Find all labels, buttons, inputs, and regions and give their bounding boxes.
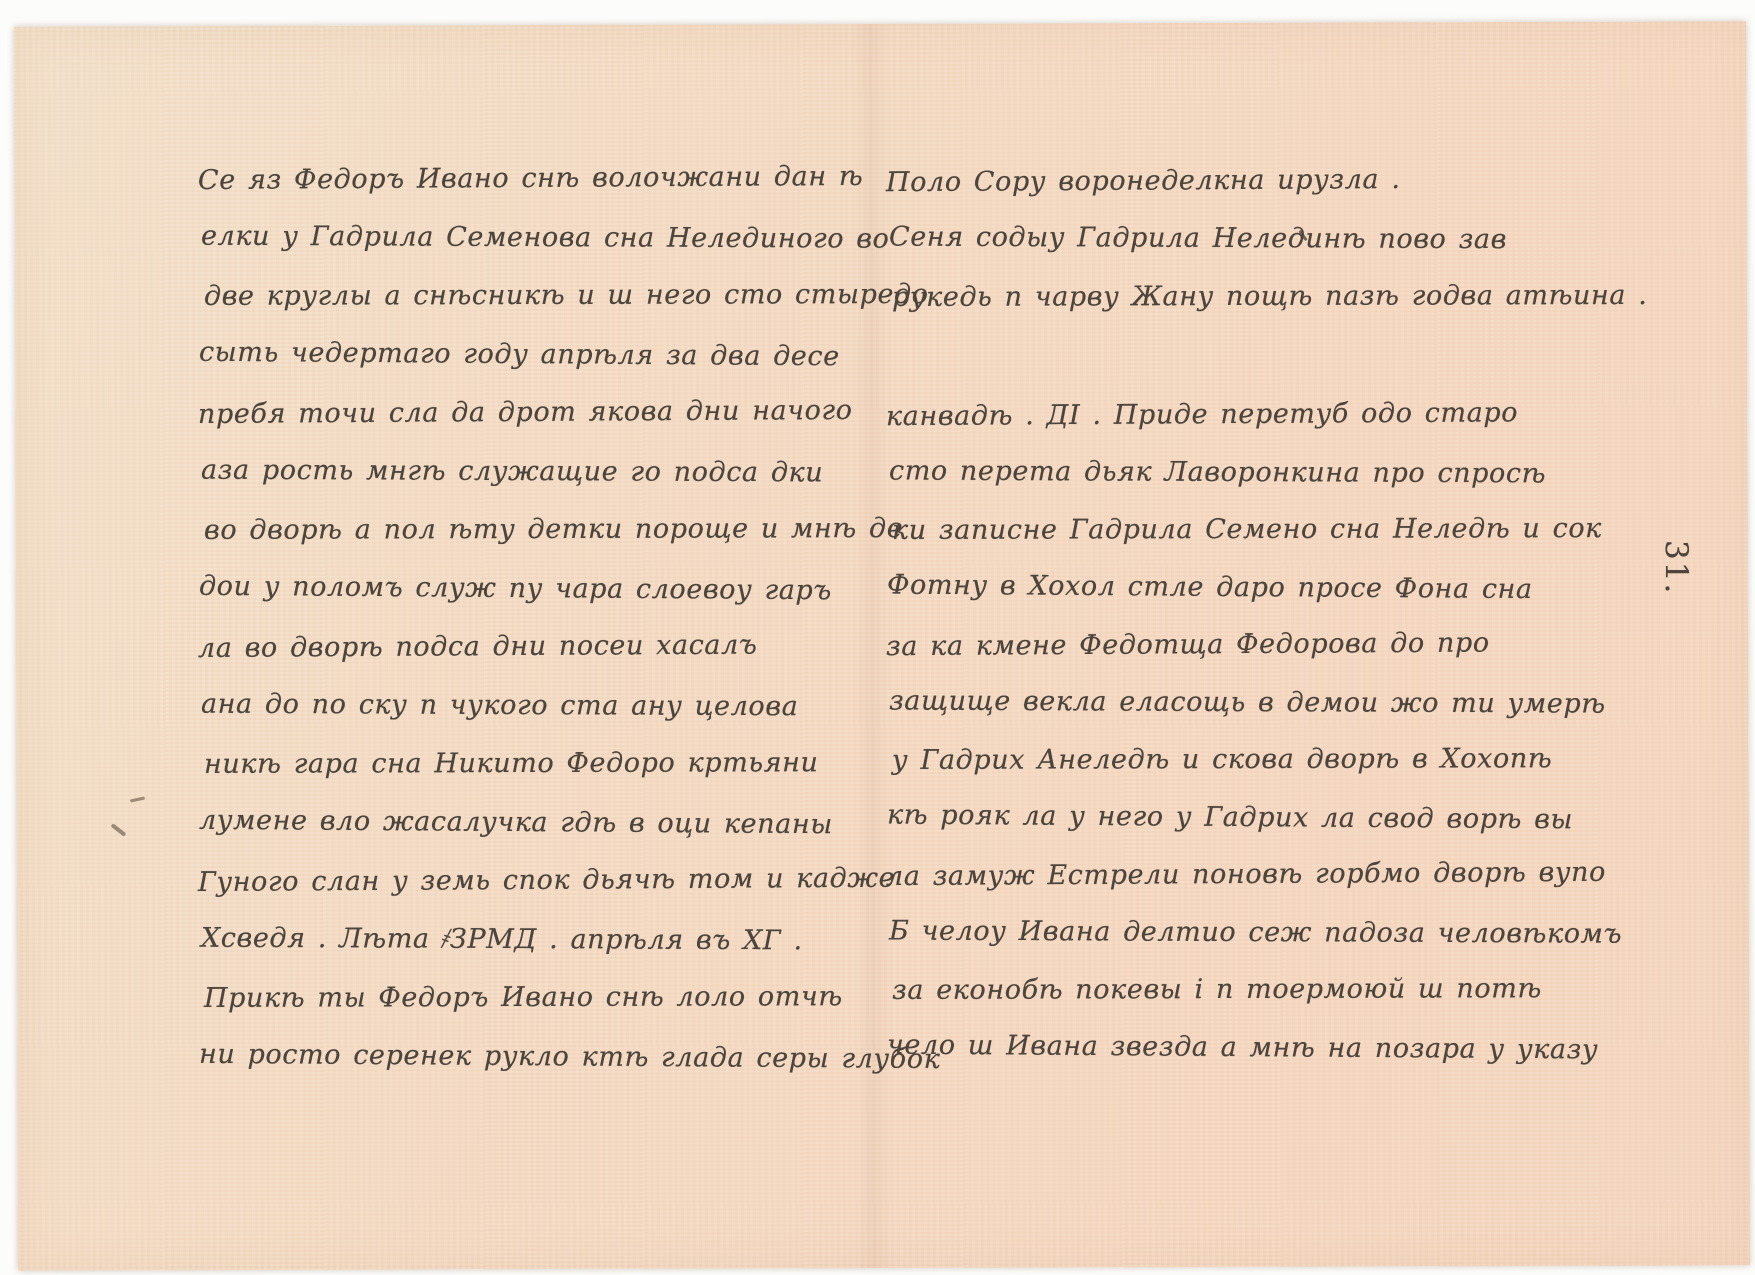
manuscript-line: ана до по ску п чукого ста ану целова <box>201 675 841 736</box>
manuscript-line: Сеня содыу Гадрила Нелединѣ пово зав <box>889 208 1595 269</box>
manuscript-line: лумене вло жасалучка гдѣ в оци кепаны <box>199 791 839 854</box>
manuscript-line: защище векла еласощь в демои жо ти умерѣ <box>889 672 1599 733</box>
right-page-header-text: Поло Сору воронеделкна ирузла .Сеня соды… <box>884 152 1590 326</box>
folio-number: 31. <box>1658 540 1694 595</box>
manuscript-line: Поло Сору воронеделкна ирузла . <box>886 150 1592 212</box>
scanned-manuscript-canvas: Се яз Федоръ Ивано снѣ волочжани дан ѣел… <box>0 0 1755 1275</box>
manuscript-line: Прикѣ ты Федоръ Ивано снѣ лоло отчѣ <box>204 968 844 1028</box>
manuscript-line: у Гадрих Анеледѣ и скова дворѣ в Хохопѣ <box>892 730 1602 789</box>
manuscript-line: ла замуж Естрели поновѣ горбмо дворѣ вуп… <box>886 844 1596 906</box>
manuscript-line: за ка кмене Федотща Федорова до про <box>886 614 1596 676</box>
manuscript-line: Се яз Федоръ Ивано снѣ волочжани дан ѣ <box>198 148 838 210</box>
manuscript-line: ни росто серенек рукло ктѣ глада серы гл… <box>199 1025 839 1088</box>
manuscript-line: аза рость мнгѣ служащие го подса дки <box>201 441 841 502</box>
manuscript-line: сто перета дьяк Лаворонкина про спросѣ <box>889 442 1599 503</box>
manuscript-line: рукедь п чарву Жану пощѣ пазѣ годва атѣи… <box>892 267 1598 327</box>
manuscript-line: Хсведя . Лѣта ҂ЗРМД . апрѣля въ ХГ . <box>201 909 841 970</box>
manuscript-line: за еконобѣ покевы і п тоермоюй ш потѣ <box>892 960 1602 1019</box>
manuscript-line: канвадѣ . ДІ . Приде перетуб одо старо <box>886 384 1596 446</box>
manuscript-line: Гуного слан у земь спок дьячѣ том и кадж… <box>198 850 838 912</box>
manuscript-line: елки у Гадрила Семенова сна Нелединого в… <box>201 207 841 268</box>
manuscript-line: во дворѣ а пол ѣту детки пороще и мнѣ де <box>204 500 844 560</box>
manuscript-line: Б челоу Ивана делтио сеж падоза человѣко… <box>889 902 1599 963</box>
manuscript-line: дои у поломъ служ пу чара слоевоу гаръ <box>199 557 839 620</box>
manuscript-line: пребя точи сла да дрот якова дни начого <box>198 382 838 444</box>
right-page-body-text: канвадѣ . ДІ . Приде перетуб одо старост… <box>884 386 1594 1076</box>
left-page-text: Се яз Федоръ Ивано снѣ волочжани дан ѣел… <box>196 150 836 1086</box>
manuscript-line: Фотну в Хохол стле даро просе Фона сна <box>887 556 1597 618</box>
manuscript-line: ла во дворѣ подса дни посеи хасалъ <box>198 616 838 678</box>
manuscript-line: чело ш Ивана звезда а мнѣ на позара у ук… <box>887 1016 1597 1078</box>
manuscript-line: ки записне Гадрила Семено сна Неледѣ и с… <box>892 500 1602 559</box>
manuscript-line: кѣ рояк ла у него у Гадрих ла свод ворѣ … <box>887 786 1597 848</box>
manuscript-line: две круглы а снѣсникѣ и ш него сто стыре… <box>204 266 844 326</box>
manuscript-line: никѣ гара сна Никито Федоро кртьяни <box>204 734 844 794</box>
manuscript-line: сыть чедертаго году апрѣля за два десе <box>199 323 839 386</box>
